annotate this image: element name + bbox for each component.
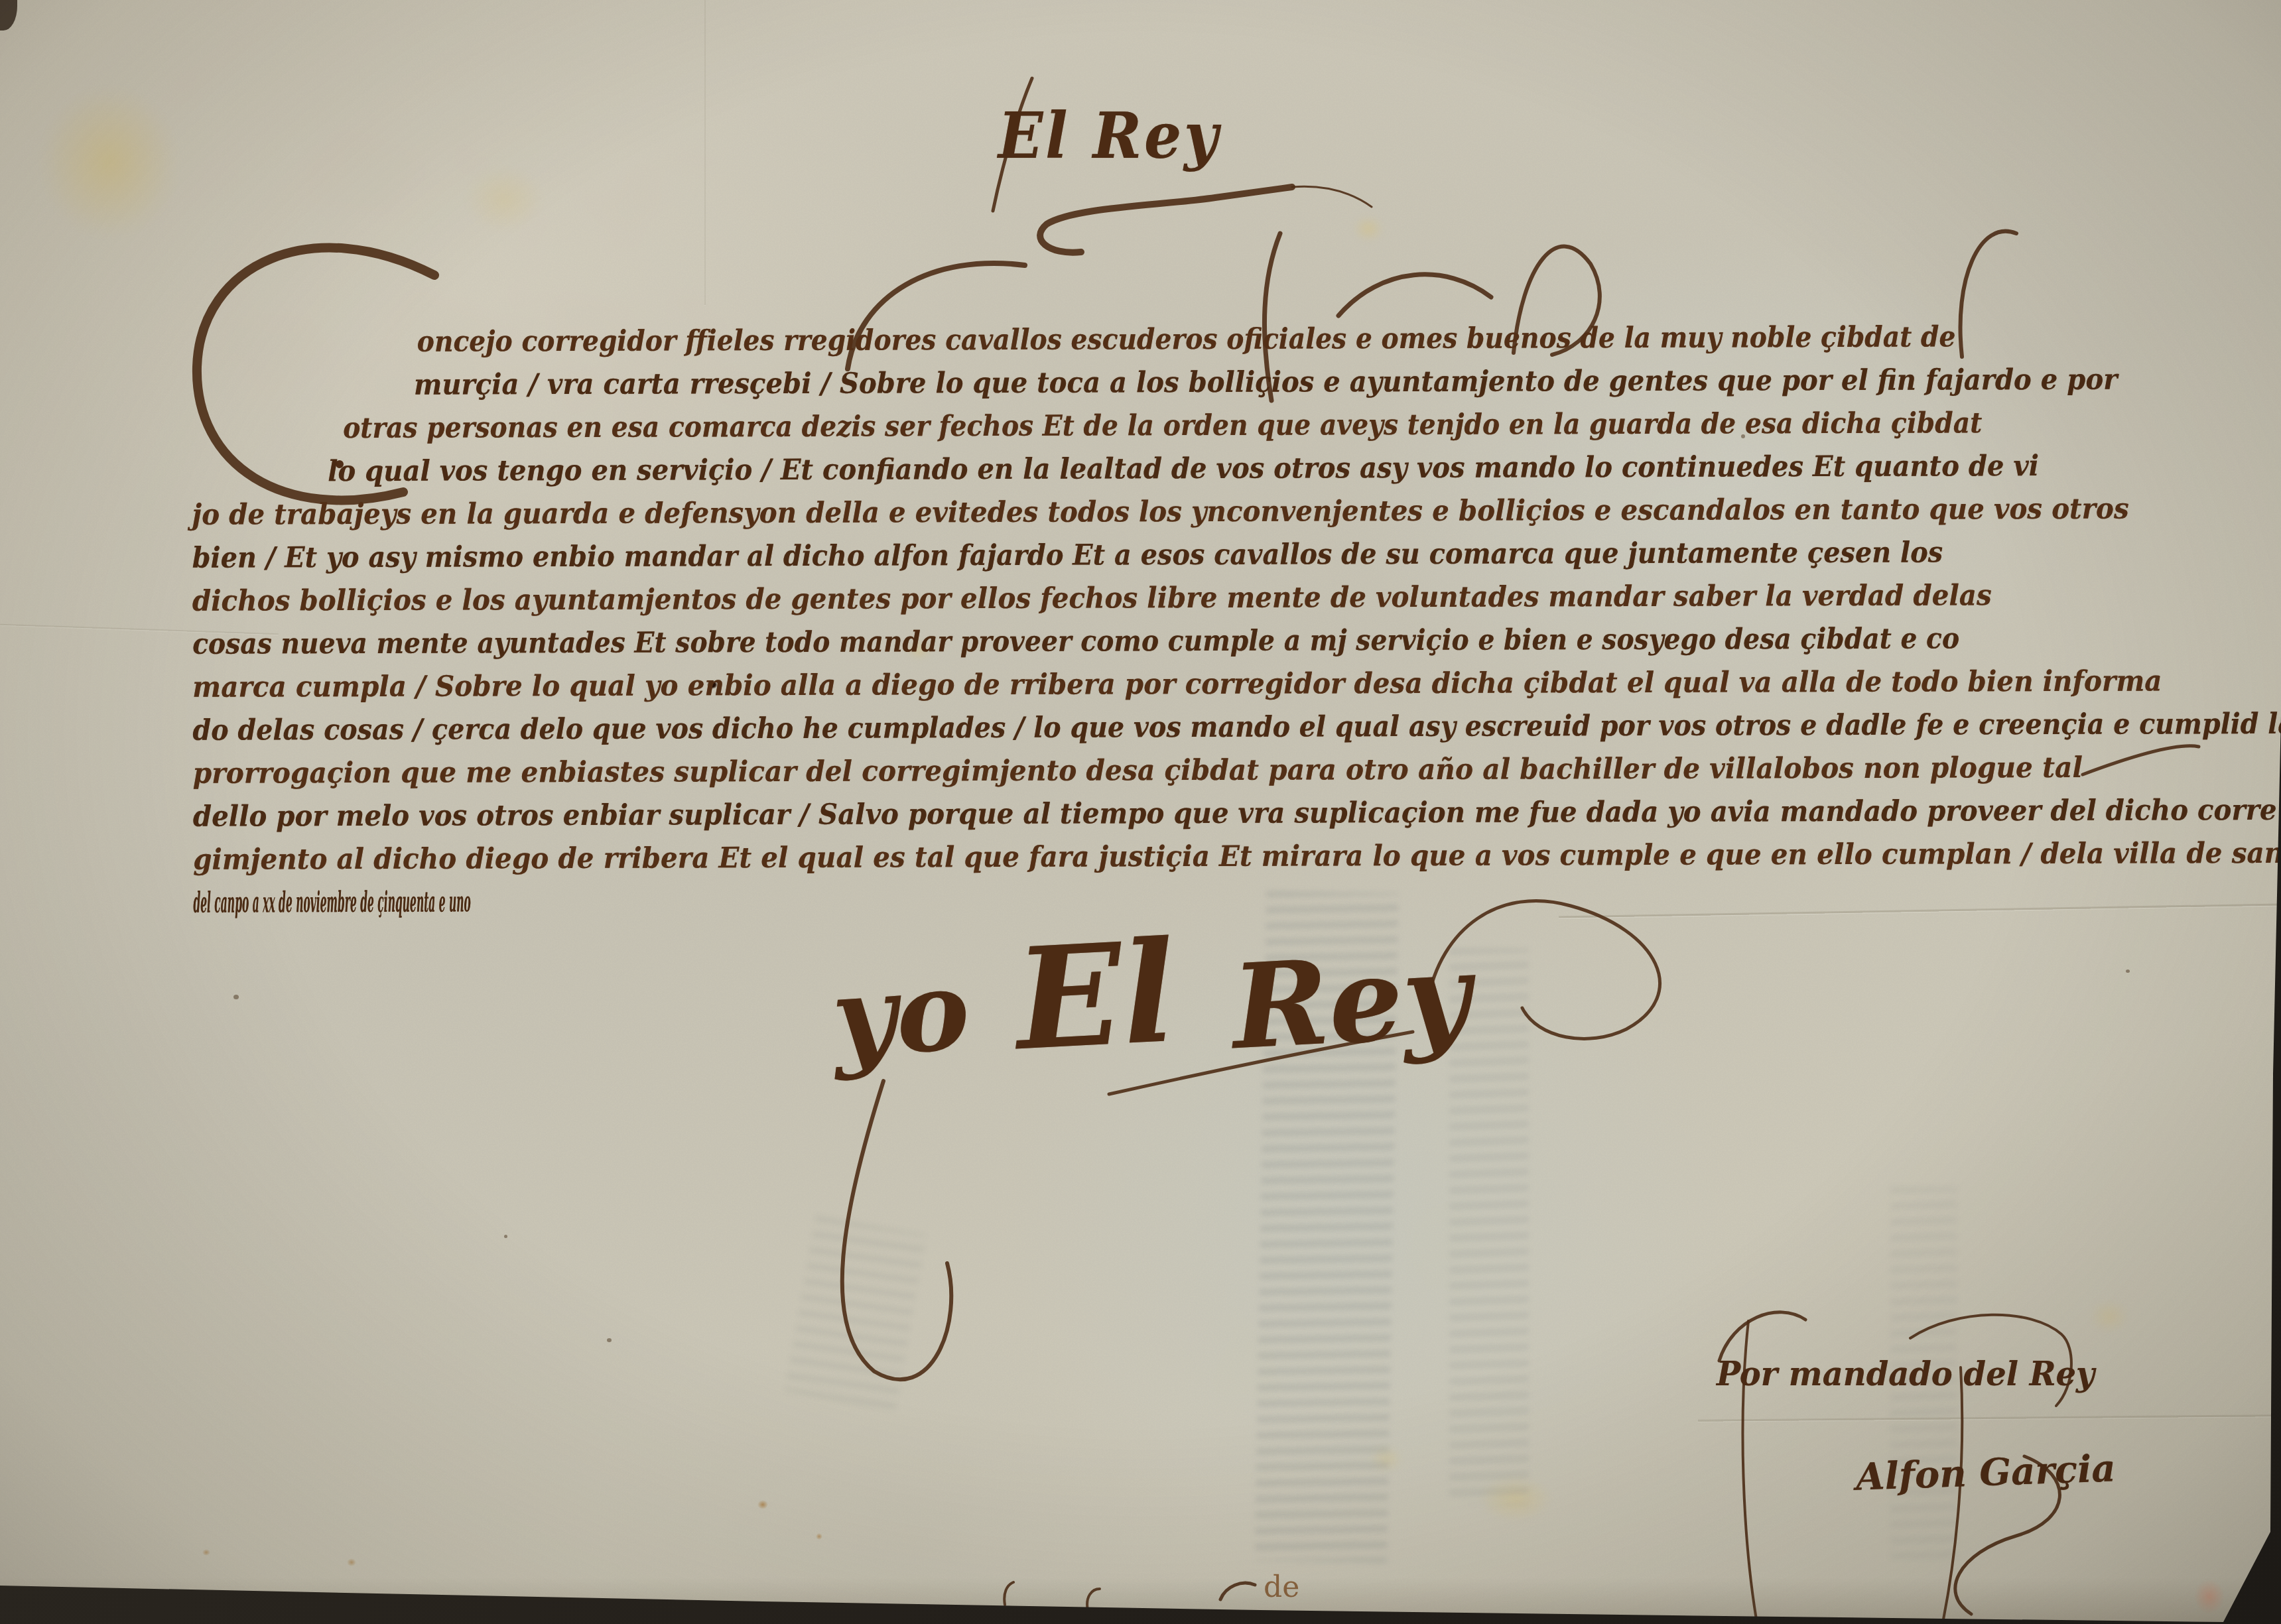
verso-showthrough <box>785 1215 927 1410</box>
manuscript-line: gimjento al dicho diego de rribera Et el… <box>193 833 2100 882</box>
manuscript-line: murçia / vra carta rresçebi / Sobre lo q… <box>414 359 2095 407</box>
manuscript-line: marca cumpla / Sobre lo qual yo enbio al… <box>192 660 2099 710</box>
speck <box>233 995 239 999</box>
letter-body: C oncejo corregidor ffieles rregidores c… <box>192 315 2217 925</box>
heading-el-rey: El Rey <box>998 98 1220 173</box>
signature-yo-descender <box>842 1081 952 1379</box>
manuscript-line: prorrogaçion que me enbiastes suplicar d… <box>193 747 2110 796</box>
speck <box>504 1235 507 1238</box>
bottom-fragment-stroke <box>1004 1582 1013 1605</box>
stain <box>1370 1446 1403 1472</box>
manuscript-line: dello por melo vos otros enbiar suplicar… <box>193 790 2090 839</box>
bottom-fragment-stroke <box>1087 1589 1100 1610</box>
rubric-line-secretary-name: Alfon Garçia <box>1855 1446 2117 1499</box>
signature-yo: yo <box>828 945 973 1083</box>
stain <box>40 86 179 239</box>
stain <box>1353 216 1384 242</box>
stain <box>2194 1580 2225 1614</box>
signature-el: El <box>1012 910 1179 1082</box>
parchment-sheet: El Rey C oncejo corregidor ffieles rregi… <box>0 0 2281 1624</box>
speck <box>2126 969 2130 973</box>
scanned-document-page: { "colors": { "scan_background": "#29251… <box>0 0 2281 1624</box>
heading-underline-hairline <box>1292 186 1372 207</box>
heading-underline-flourish <box>1040 187 1292 253</box>
corner-ink-mark <box>0 0 17 31</box>
manuscript-line: jo de trabajeys en la guarda e defensyon… <box>192 488 2092 537</box>
manuscript-line: lo qual vos tengo en serviçio / Et confi… <box>328 445 2089 493</box>
stain <box>1479 1475 1552 1522</box>
bottom-edge-shading <box>0 1578 2281 1624</box>
rubric-line-por-mandado: Por mandado del Rey <box>1717 1354 2095 1393</box>
speck <box>607 1338 612 1342</box>
manuscript-line: cosas nueva mente ayuntades Et sobre tod… <box>192 617 2040 666</box>
foxing-spot <box>347 1558 356 1566</box>
manuscript-line: oncejo corregidor ffieles rregidores cav… <box>417 316 2059 364</box>
scan-background: El Rey C oncejo corregidor ffieles rregi… <box>0 0 2281 1624</box>
fold-crease <box>704 0 706 305</box>
foxing-spot <box>757 1500 768 1509</box>
fold-crease <box>1698 1414 2281 1422</box>
manuscript-line: do delas cosas / çerca delo que vos dich… <box>192 704 2056 753</box>
stain <box>464 166 544 232</box>
foxing-spot <box>816 1533 822 1540</box>
signature-rey: Rey <box>1229 928 1474 1076</box>
manuscript-line: bien / Et yo asy mismo enbio mandar al d… <box>192 531 2066 580</box>
manuscript-line: otras personas en esa comarca dezis ser … <box>343 402 2052 450</box>
manuscript-line: dichos bolliçios e los ayuntamjentos de … <box>192 574 2096 623</box>
stain <box>2089 1300 2129 1333</box>
bottom-fragment-stroke <box>1220 1583 1255 1599</box>
manuscript-line: del canpo a xx de noviembre de çinquenta… <box>193 879 923 924</box>
line1-swash-b <box>1338 275 1491 316</box>
bottom-edge-text-fragment: de <box>1264 1570 1299 1604</box>
foxing-spot <box>202 1549 210 1556</box>
